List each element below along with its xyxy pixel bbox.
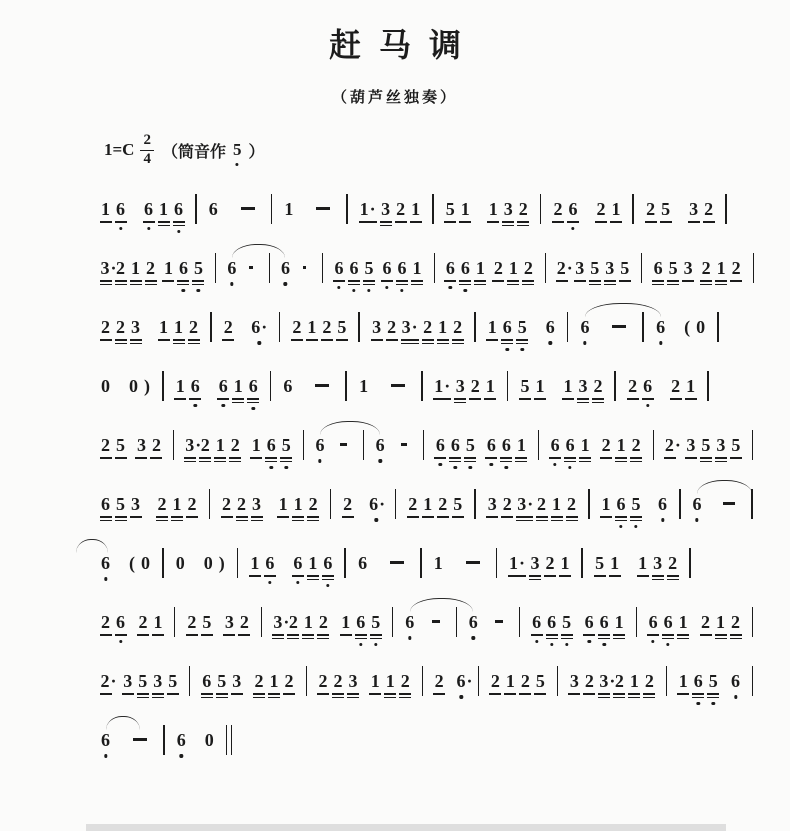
beam-underline <box>130 284 142 286</box>
beam-underline <box>130 343 142 345</box>
note: 5 <box>465 434 475 456</box>
beam-underline <box>292 516 304 518</box>
note: 1· <box>509 552 525 574</box>
beam-underline <box>662 634 674 636</box>
barline <box>725 194 727 224</box>
low-octave-dot <box>505 466 508 469</box>
low-octave-dot <box>193 404 196 407</box>
beam-underline <box>562 398 574 400</box>
beam-underline <box>317 634 329 636</box>
beam-underline <box>630 461 642 463</box>
beam-underline <box>150 457 162 459</box>
beat-spacer <box>530 326 543 327</box>
barline <box>496 548 498 578</box>
beam-underline <box>152 634 164 636</box>
note: 3 <box>530 552 540 574</box>
note: 2 <box>239 611 249 633</box>
beam-underline <box>454 398 466 400</box>
tuning-note: 5 <box>230 140 245 160</box>
barline <box>271 194 273 224</box>
beam-underline <box>700 461 712 463</box>
barline <box>538 430 539 460</box>
beam-underline <box>589 284 601 286</box>
note: 1 <box>433 552 443 574</box>
duration-dash <box>391 384 405 387</box>
note: 6 <box>101 493 111 515</box>
note: 6 <box>545 316 555 338</box>
note: 2 <box>187 611 197 633</box>
beam-underline <box>485 457 497 459</box>
note: 2 <box>628 375 638 397</box>
beam-underline <box>253 693 265 695</box>
beam-underline <box>566 520 578 522</box>
beam-underline <box>130 516 142 518</box>
beat-spacer <box>696 267 699 268</box>
note: 6 <box>653 257 663 279</box>
low-octave-dot <box>352 289 355 292</box>
beam-underline <box>253 697 265 699</box>
barline <box>707 371 709 401</box>
note: 2 <box>646 198 656 220</box>
beam-underline <box>501 343 513 345</box>
beam-underline <box>396 280 408 282</box>
barline <box>689 548 691 578</box>
score-line-8: 262125323·21216566665661661212 <box>98 607 762 637</box>
beat-spacer <box>446 562 459 563</box>
beam-underline <box>566 516 578 518</box>
low-octave-dot <box>179 754 182 757</box>
barline <box>679 489 681 519</box>
low-octave-dot <box>257 341 260 344</box>
note: 6 <box>658 493 668 515</box>
low-octave-dot <box>182 289 185 292</box>
note: 1 <box>159 198 169 220</box>
beat-spacer <box>370 562 383 563</box>
note: 2 <box>230 434 240 456</box>
note: 1 <box>293 493 303 515</box>
beat-spacer <box>592 326 605 327</box>
barline <box>422 666 423 696</box>
note: 3 <box>716 434 726 456</box>
beam-underline <box>307 516 319 518</box>
beam-underline <box>410 221 422 223</box>
beam-underline <box>589 280 601 282</box>
barline <box>421 371 423 401</box>
beam-underline <box>370 638 382 640</box>
note: 1 <box>678 670 688 692</box>
low-octave-dot <box>177 230 180 233</box>
note: 2 <box>614 670 624 692</box>
note: 1 <box>678 611 688 633</box>
beam-underline <box>272 638 284 640</box>
note: 6 <box>293 552 303 574</box>
beam-underline <box>507 280 519 282</box>
note: 3 <box>569 670 579 692</box>
beam-underline <box>459 221 471 223</box>
note: 2· <box>101 670 111 692</box>
beam-underline <box>561 634 573 636</box>
note: 6· <box>369 493 383 515</box>
beam-underline <box>232 402 244 404</box>
note: 6 <box>397 257 407 279</box>
note: 1 <box>488 198 498 220</box>
low-octave-dot <box>119 227 122 230</box>
beam-underline <box>280 461 292 463</box>
beam-underline <box>600 457 612 459</box>
barline <box>567 312 569 342</box>
barline <box>330 489 332 519</box>
beam-underline <box>730 634 742 636</box>
beam-underline <box>347 697 359 699</box>
beat-spacer <box>331 621 338 622</box>
barline <box>581 548 583 578</box>
beam-underline <box>613 638 625 640</box>
beam-underline <box>399 693 411 695</box>
note: 1 <box>580 434 590 456</box>
barline <box>752 666 753 696</box>
beam-underline <box>231 693 243 695</box>
note: 3 <box>455 375 465 397</box>
beam-underline <box>507 284 519 286</box>
barline <box>478 666 479 696</box>
note: 6 <box>693 670 703 692</box>
beam-underline <box>452 343 464 345</box>
beam-underline <box>592 402 604 404</box>
beam-underline <box>287 638 299 640</box>
beat-spacer <box>478 444 484 445</box>
beat-spacer <box>203 385 216 386</box>
beam-underline <box>302 634 314 636</box>
tuning-instruction: （筒音作 5 ） <box>162 139 265 162</box>
barline <box>540 194 542 224</box>
beam-underline <box>173 339 185 341</box>
beat-spacer <box>244 680 251 681</box>
beam-underline <box>433 398 451 400</box>
beam-underline <box>707 697 719 699</box>
beat-spacer <box>655 385 668 386</box>
low-octave-dot <box>285 466 288 469</box>
note: 3· <box>185 434 195 456</box>
beam-underline <box>348 280 360 282</box>
note: 2 <box>584 670 594 692</box>
note: 1 <box>610 552 620 574</box>
beam-underline <box>188 343 200 345</box>
note: 1 <box>269 670 279 692</box>
parenthesis: ) <box>144 375 150 397</box>
parenthesis: ( <box>684 316 690 338</box>
beam-underline <box>342 516 354 518</box>
beam-underline <box>380 221 392 223</box>
beam-underline <box>568 693 580 695</box>
beam-underline <box>265 461 277 463</box>
low-octave-dot <box>583 341 586 344</box>
beat-spacer <box>277 562 290 563</box>
note: 2 <box>288 611 298 633</box>
beam-underline <box>100 516 112 518</box>
note: 2 <box>187 493 197 515</box>
low-octave-dot <box>568 466 571 469</box>
low-octave-dot <box>535 640 538 643</box>
rest-note: 0 <box>129 375 139 397</box>
duration-dash <box>241 207 255 210</box>
beat-spacer <box>355 503 367 504</box>
note: 3· <box>599 670 609 692</box>
low-octave-dot <box>318 459 321 462</box>
barline <box>209 489 211 519</box>
beam-underline <box>598 638 610 640</box>
beam-underline <box>287 634 299 636</box>
low-octave-dot <box>666 643 669 646</box>
note: 2 <box>101 434 111 456</box>
rest-note: 0 <box>696 316 706 338</box>
note: 1 <box>686 375 696 397</box>
note: 1 <box>174 316 184 338</box>
note: 2 <box>151 434 161 456</box>
note: 2 <box>116 316 126 338</box>
beam-underline <box>685 398 697 400</box>
beam-underline <box>292 575 304 577</box>
beam-underline <box>100 280 112 282</box>
beat-spacer <box>113 562 126 563</box>
note: 1 <box>215 434 225 456</box>
note: 2 <box>668 552 678 574</box>
beam-underline <box>583 693 595 695</box>
note: 5 <box>371 611 381 633</box>
low-octave-dot <box>104 577 107 580</box>
note: 2 <box>701 257 711 279</box>
beam-underline <box>592 398 604 400</box>
beam-underline <box>652 575 664 577</box>
beam-underline <box>437 339 449 341</box>
beam-underline <box>348 284 360 286</box>
note: 1· <box>434 375 450 397</box>
note: 3 <box>575 257 585 279</box>
note: 6 <box>445 257 455 279</box>
note: 6 <box>501 434 511 456</box>
beam-underline <box>321 339 333 341</box>
beam-underline <box>347 693 359 695</box>
beam-underline <box>264 575 276 577</box>
low-octave-dot <box>449 286 452 289</box>
low-octave-dot <box>472 636 475 639</box>
beam-underline <box>291 339 303 341</box>
beam-underline <box>174 398 186 400</box>
note: 6 <box>405 611 415 633</box>
low-octave-dot <box>697 702 700 705</box>
beam-underline <box>452 339 464 341</box>
beat-spacer <box>622 562 635 563</box>
beam-underline <box>115 634 127 636</box>
beam-underline <box>167 693 179 695</box>
beam-underline <box>500 461 512 463</box>
note: 3 <box>686 434 696 456</box>
note: 6· <box>251 316 267 338</box>
note: 6 <box>648 611 658 633</box>
note: 6 <box>208 198 218 220</box>
beam-underline <box>186 634 198 636</box>
note: 3 <box>252 493 262 515</box>
beam-underline <box>715 461 727 463</box>
beam-underline <box>380 225 392 227</box>
augmentation-dot: · <box>527 494 533 514</box>
beam-underline <box>489 693 501 695</box>
beam-underline <box>534 398 546 400</box>
beam-underline <box>517 225 529 227</box>
beam-underline <box>444 280 456 282</box>
beam-underline <box>613 697 625 699</box>
beam-underline <box>715 280 727 282</box>
note: 2 <box>601 434 611 456</box>
beam-underline <box>664 457 676 459</box>
barline <box>162 548 164 578</box>
slur-arc <box>320 421 380 435</box>
beam-underline <box>559 575 571 577</box>
low-octave-dot <box>400 289 403 292</box>
low-octave-dot <box>587 640 590 643</box>
duration-dash <box>340 443 346 446</box>
beam-underline <box>221 516 233 518</box>
beam-underline <box>158 339 170 341</box>
barline <box>653 430 654 460</box>
note: 6 <box>315 434 325 456</box>
beam-underline <box>401 343 419 345</box>
note: 2 <box>438 493 448 515</box>
rest-note: 0 <box>203 552 213 574</box>
beam-underline <box>199 457 211 459</box>
beat-spacer <box>547 385 560 386</box>
final-barline <box>226 725 232 755</box>
duration-dash <box>133 738 147 741</box>
beam-underline <box>217 398 229 400</box>
time-signature: 2 4 <box>140 133 154 168</box>
score-line-2: 3·212165666656616612122·3535653212 <box>98 253 762 283</box>
augmentation-dot: · <box>675 435 681 455</box>
beam-underline <box>464 461 476 463</box>
beam-underline <box>115 284 127 286</box>
beat-spacer <box>721 680 728 681</box>
note: 3 <box>153 670 163 692</box>
barline <box>358 312 360 342</box>
note: 6 <box>460 257 470 279</box>
duration-dash <box>249 266 252 269</box>
beam-underline <box>556 280 568 282</box>
beat-spacer <box>593 444 599 445</box>
key-signature: 1=C <box>104 140 134 160</box>
beam-underline <box>363 284 375 286</box>
note: 2 <box>537 493 547 515</box>
beam-underline <box>156 520 168 522</box>
note: 6 <box>731 670 741 692</box>
beam-underline <box>100 221 112 223</box>
score-line-4: 00)16616611·321511322621 <box>98 371 762 401</box>
beam-underline <box>577 402 589 404</box>
beam-underline <box>692 693 704 695</box>
beam-underline <box>667 579 679 581</box>
note: 5 <box>168 670 178 692</box>
note: 2 <box>493 257 503 279</box>
note: 6 <box>616 493 626 515</box>
beam-underline <box>115 520 127 522</box>
beam-underline <box>236 516 248 518</box>
beam-underline <box>359 221 377 223</box>
low-octave-dot <box>661 518 664 521</box>
note: 1 <box>341 611 351 633</box>
augmentation-dot: · <box>261 317 267 337</box>
note: 1· <box>360 198 376 220</box>
low-octave-dot <box>549 341 552 344</box>
note: 6 <box>584 611 594 633</box>
beam-underline <box>519 693 531 695</box>
beam-underline <box>484 398 496 400</box>
note: 2 <box>553 198 563 220</box>
beat-spacer <box>377 267 380 268</box>
note: 2 <box>343 493 353 515</box>
note: 1 <box>101 198 111 220</box>
beam-underline <box>433 693 445 695</box>
beam-underline <box>192 284 204 286</box>
low-octave-dot <box>619 525 622 528</box>
beam-underline <box>216 693 228 695</box>
low-octave-dot <box>695 518 698 521</box>
beam-underline <box>130 339 142 341</box>
slur-arc <box>410 598 473 612</box>
low-octave-dot <box>651 640 654 643</box>
beam-underline <box>201 693 213 695</box>
low-octave-dot <box>104 754 107 757</box>
beam-underline <box>534 693 546 695</box>
beam-underline <box>283 693 295 695</box>
beam-underline <box>652 284 664 286</box>
beam-underline <box>627 398 639 400</box>
note: 6 <box>435 434 445 456</box>
augmentation-dot: · <box>519 553 525 573</box>
beam-underline <box>115 339 127 341</box>
beam-underline <box>214 457 226 459</box>
beam-underline <box>332 697 344 699</box>
beam-underline <box>579 461 591 463</box>
beam-underline <box>700 634 712 636</box>
beat-spacer <box>473 208 486 209</box>
note: 6 <box>486 434 496 456</box>
beam-underline <box>502 225 514 227</box>
beam-underline <box>395 221 407 223</box>
low-octave-dot <box>550 643 553 646</box>
note: 2 <box>396 198 406 220</box>
beam-underline <box>222 339 234 341</box>
beam-underline <box>667 575 679 577</box>
low-octave-dot <box>408 636 411 639</box>
note: 2 <box>116 257 126 279</box>
beam-underline <box>459 280 471 282</box>
beam-underline <box>692 697 704 699</box>
beat-spacer <box>668 326 681 327</box>
note: 1 <box>412 257 422 279</box>
note: 5 <box>535 670 545 692</box>
beam-underline <box>529 575 541 577</box>
note: 3 <box>487 493 497 515</box>
score-line-9: 2·353565321222311226·2125323·2121656 <box>98 666 762 696</box>
beam-underline <box>561 638 573 640</box>
beam-underline <box>652 579 664 581</box>
note: 2 <box>453 316 463 338</box>
beam-underline <box>609 575 621 577</box>
note: 5 <box>202 611 212 633</box>
beam-underline <box>396 284 408 286</box>
note: 6 <box>144 198 154 220</box>
note: 2 <box>146 257 156 279</box>
beat-spacer <box>158 267 161 268</box>
beam-underline <box>610 221 622 223</box>
